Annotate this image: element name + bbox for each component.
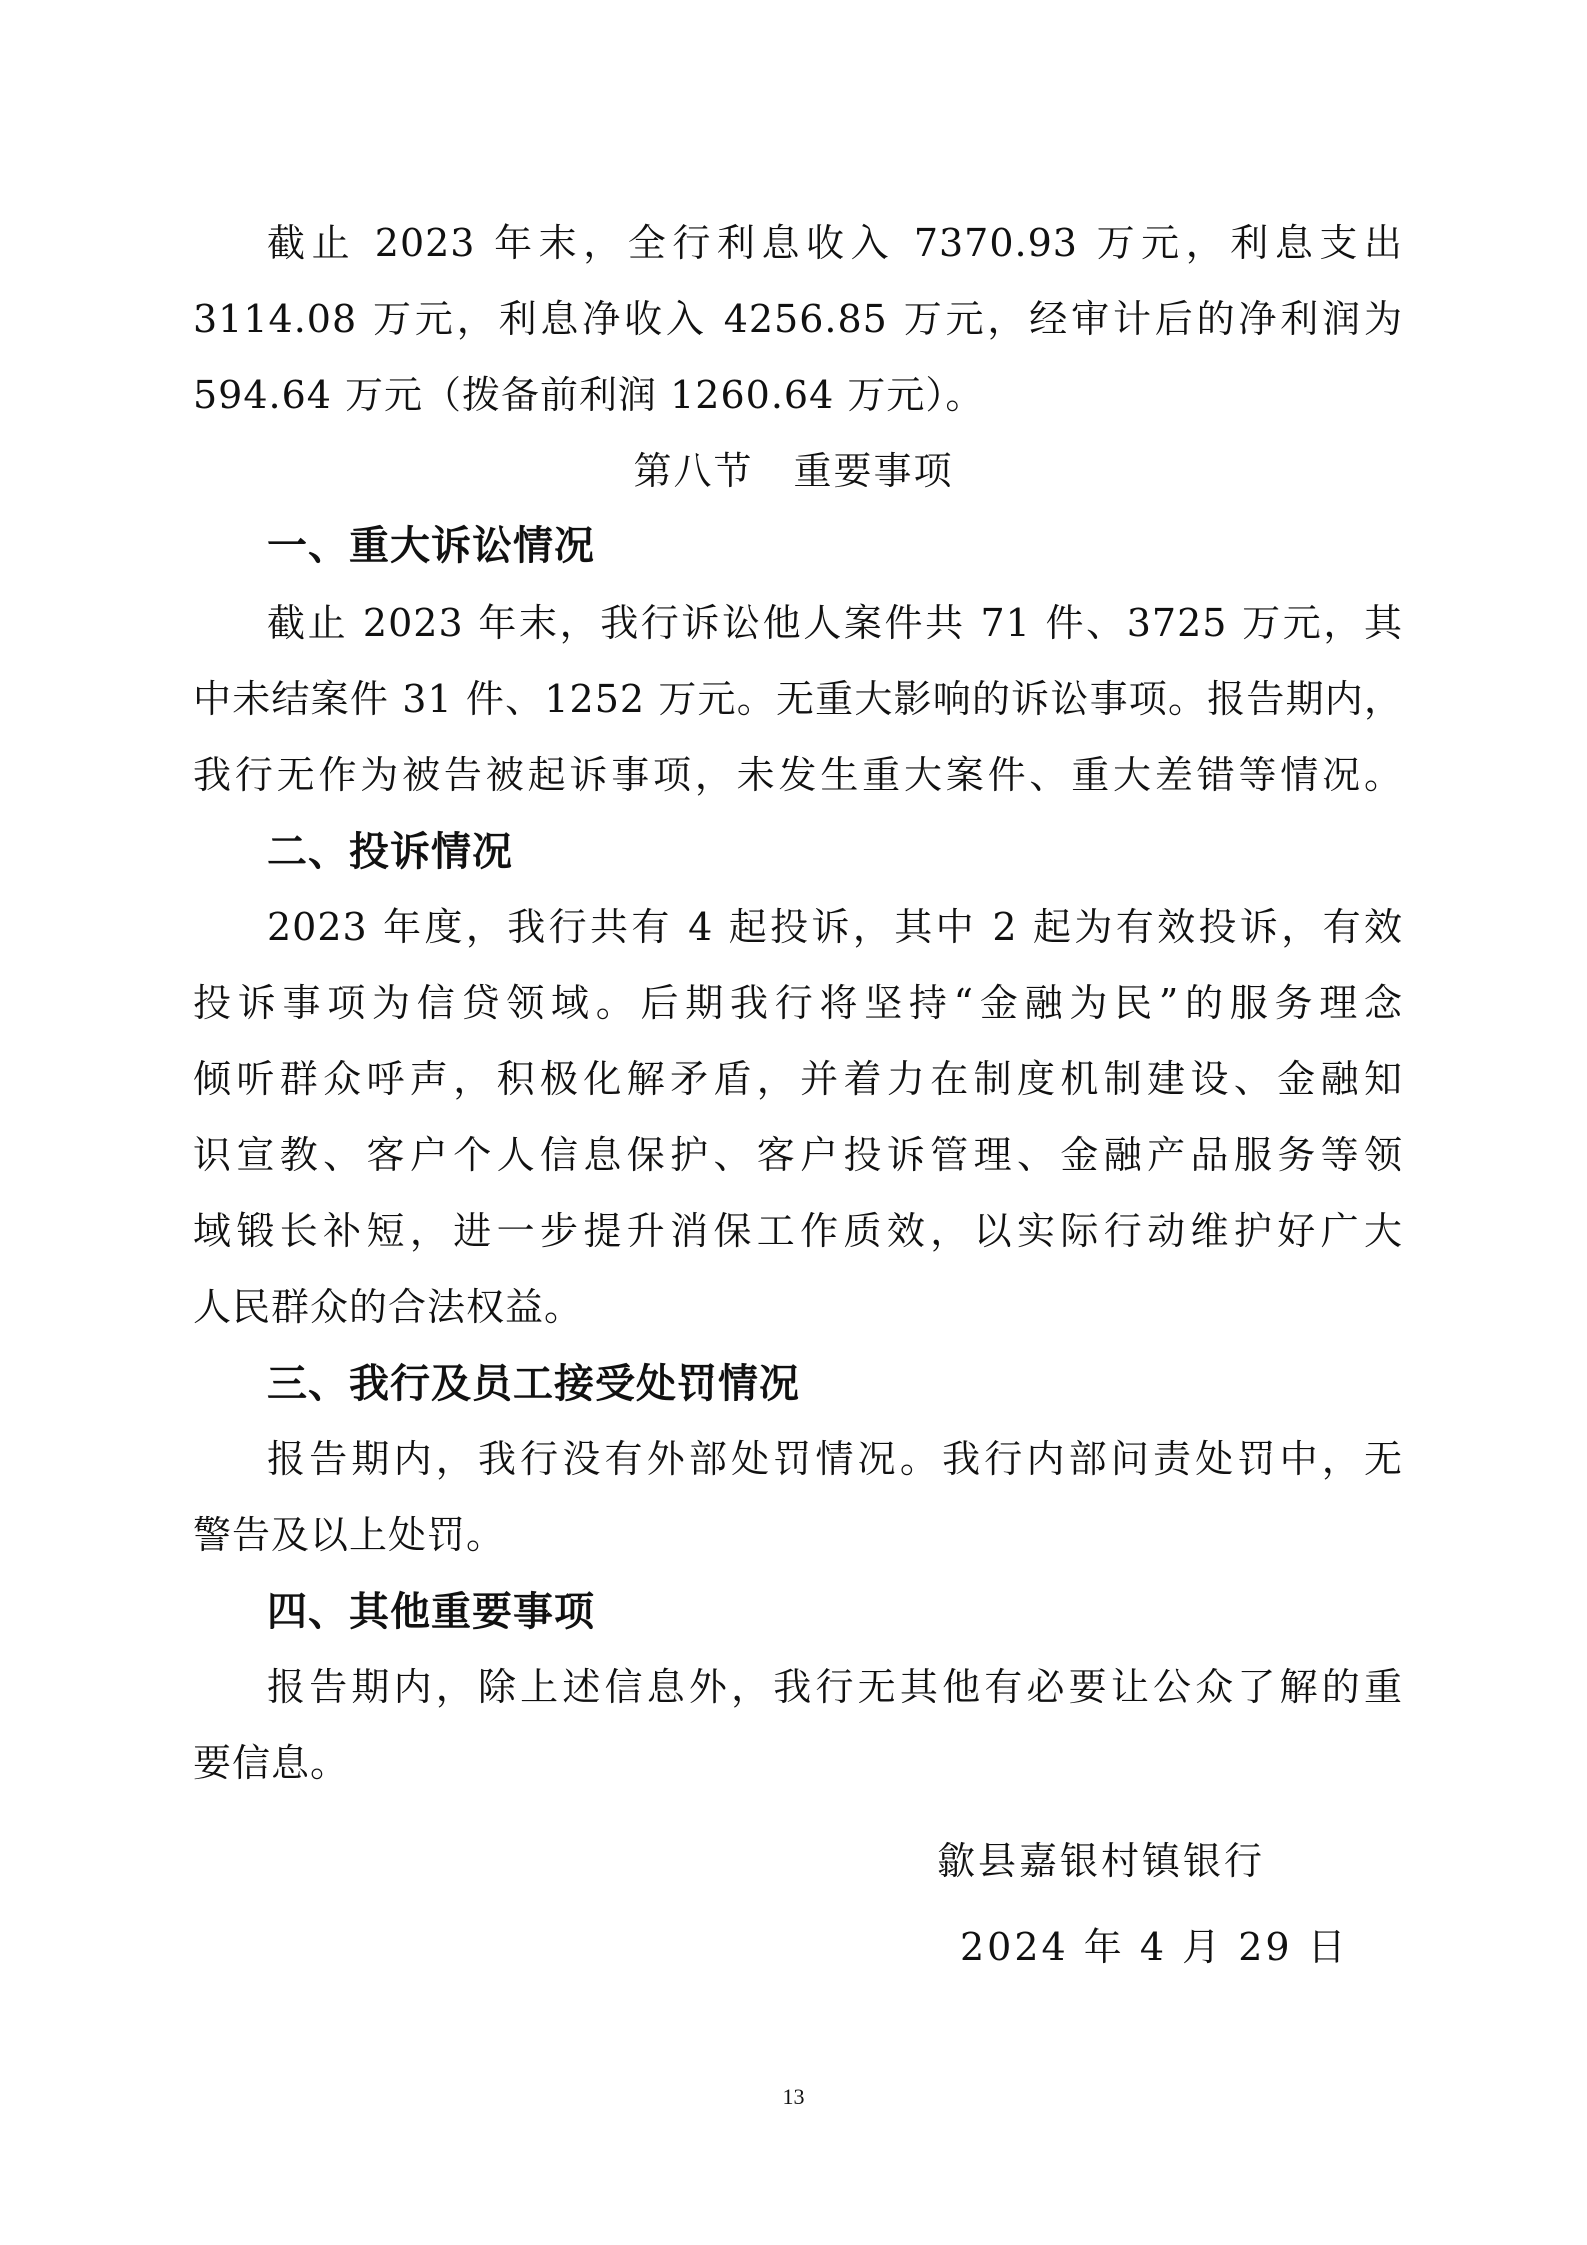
other-line-2: 要信息。 bbox=[193, 1740, 1403, 1786]
complaints-line-6: 人民群众的合法权益。 bbox=[193, 1284, 1403, 1330]
complaints-line-4: 识宣教、客户个人信息保护、客户投诉管理、金融产品服务等领 bbox=[193, 1132, 1403, 1178]
complaints-line-1: 2023 年度，我行共有 4 起投诉，其中 2 起为有效投诉，有效 bbox=[267, 904, 1403, 950]
subsection-heading-litigation: 一、重大诉讼情况 bbox=[267, 522, 595, 570]
intro-line-1: 截止 2023 年末，全行利息收入 7370.93 万元，利息支出 bbox=[267, 220, 1403, 266]
signature-organization: 歙县嘉银村镇银行 bbox=[937, 1838, 1265, 1884]
litigation-line-3: 我行无作为被告被起诉事项，未发生重大案件、重大差错等情况。 bbox=[193, 752, 1403, 798]
complaints-line-2: 投诉事项为信贷领域。后期我行将坚持“金融为民”的服务理念 bbox=[193, 980, 1403, 1026]
subsection-heading-penalties: 三、我行及员工接受处罚情况 bbox=[267, 1360, 800, 1408]
other-line-1: 报告期内，除上述信息外，我行无其他有必要让公众了解的重 bbox=[267, 1664, 1403, 1710]
litigation-line-1: 截止 2023 年末，我行诉讼他人案件共 71 件、3725 万元，其 bbox=[267, 600, 1403, 646]
intro-line-3: 594.64 万元（拨备前利润 1260.64 万元）。 bbox=[193, 372, 1403, 418]
document-page: 截止 2023 年末，全行利息收入 7370.93 万元，利息支出 3114.0… bbox=[0, 0, 1587, 2245]
penalties-line-1: 报告期内，我行没有外部处罚情况。我行内部问责处罚中，无 bbox=[267, 1436, 1403, 1482]
penalties-line-2: 警告及以上处罚。 bbox=[193, 1512, 1403, 1558]
complaints-line-5: 域锻长补短，进一步提升消保工作质效，以实际行动维护好广大 bbox=[193, 1208, 1403, 1254]
litigation-line-2: 中未结案件 31 件、1252 万元。无重大影响的诉讼事项。报告期内， bbox=[193, 676, 1403, 722]
signature-date: 2024 年 4 月 29 日 bbox=[960, 1924, 1349, 1970]
section-title: 第八节 重要事项 bbox=[0, 448, 1587, 494]
intro-line-2: 3114.08 万元，利息净收入 4256.85 万元，经审计后的净利润为 bbox=[193, 296, 1403, 342]
subsection-heading-other: 四、其他重要事项 bbox=[267, 1588, 595, 1636]
complaints-line-3: 倾听群众呼声，积极化解矛盾，并着力在制度机制建设、金融知 bbox=[193, 1056, 1403, 1102]
subsection-heading-complaints: 二、投诉情况 bbox=[267, 828, 513, 876]
page-number: 13 bbox=[0, 2084, 1587, 2110]
